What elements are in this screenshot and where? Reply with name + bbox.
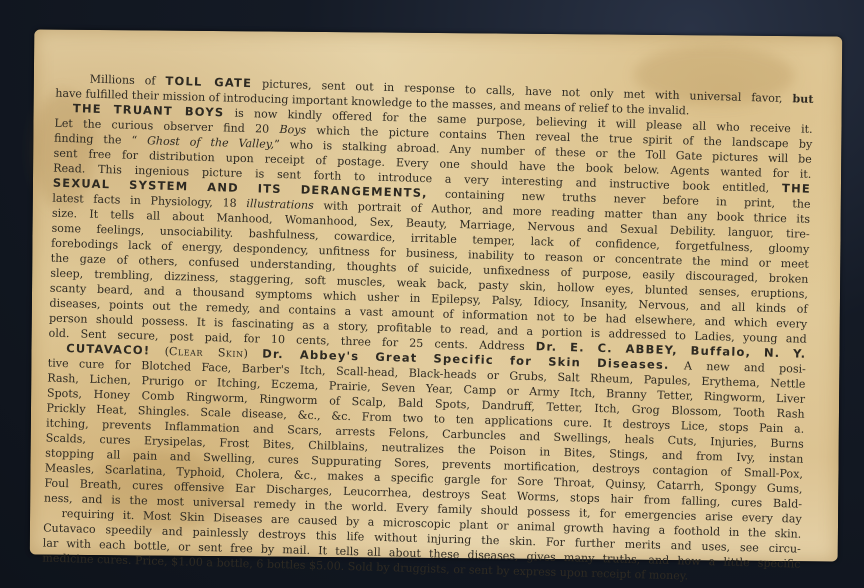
body-text: Millions of	[90, 73, 166, 88]
trade-card: Millions of TOLL GATE pictures, sent out…	[30, 29, 843, 561]
body-text: illustrations	[246, 197, 314, 212]
headline-text: CUTAVACO!	[66, 341, 150, 357]
body-text: )	[243, 347, 262, 361]
advertisement-text: Millions of TOLL GATE pictures, sent out…	[42, 71, 814, 587]
headline-text: THE	[782, 181, 811, 196]
body-text: (	[150, 344, 169, 358]
headline-text: TOLL GATE	[165, 74, 252, 90]
body-text: finding the “	[54, 132, 147, 148]
body-text: Boys	[279, 123, 306, 137]
body-text: but	[792, 92, 813, 106]
body-text: Clear Skin	[169, 345, 244, 360]
